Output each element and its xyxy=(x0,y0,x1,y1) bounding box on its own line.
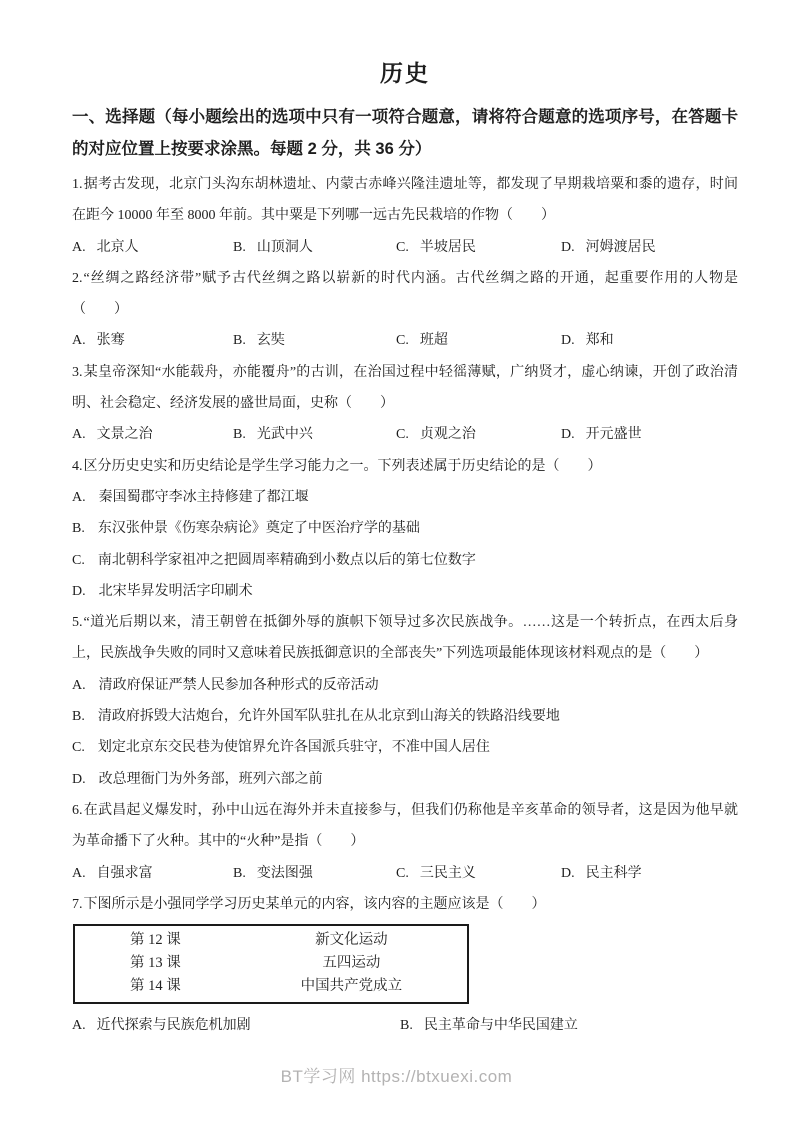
course-cell: 第 12 课 xyxy=(75,929,236,952)
question-1: 1.据考古发现，北京门头沟东胡林遗址、内蒙古赤峰兴隆洼遗址等，都发现了早期栽培粟… xyxy=(72,169,738,263)
question-stem: 5.“道光后期以来，清王朝曾在抵御外辱的旗帜下领导过多次民族战争。……这是一个转… xyxy=(72,607,738,670)
option-text: 变法图强 xyxy=(257,866,313,881)
option-label: B. xyxy=(400,1018,413,1033)
topic-cell: 新文化运动 xyxy=(236,929,467,952)
option-d: D.北宋毕昇发明活字印刷术 xyxy=(72,576,738,607)
course-cell: 第 14 课 xyxy=(75,975,236,998)
option-text: 东汉张仲景《伤寒杂病论》奠定了中医治疗学的基础 xyxy=(98,521,420,536)
option-label: B. xyxy=(72,709,85,724)
option-text: 南北朝科学家祖冲之把圆周率精确到小数点以后的第七位数字 xyxy=(98,553,476,568)
option-a: A.自强求富 xyxy=(72,858,233,889)
option-text: 贞观之治 xyxy=(420,427,476,442)
question-stem-text: 某皇帝深知“水能载舟，亦能覆舟”的古训，在治国过程中轻徭薄赋，广纳贤才，虚心纳谏… xyxy=(72,365,738,411)
option-b: B.光武中兴 xyxy=(233,419,396,450)
question-stem: 6.在武昌起义爆发时，孙中山远在海外并未直接参与，但我们仍称他是辛亥革命的领导者… xyxy=(72,795,738,858)
option-text: 民主革命与中华民国建立 xyxy=(424,1018,578,1033)
option-label: D. xyxy=(72,584,86,599)
option-label: A. xyxy=(72,490,86,505)
option-b: B.民主革命与中华民国建立 xyxy=(400,1010,738,1041)
table-row: 第 13 课 五四运动 xyxy=(75,952,467,975)
footer-watermark: BT学习网 https://btxuexi.com xyxy=(0,1062,793,1087)
question-number: 1. xyxy=(72,177,83,192)
option-b: B.东汉张仲景《伤寒杂病论》奠定了中医治疗学的基础 xyxy=(72,513,738,544)
question-number: 2. xyxy=(72,271,83,286)
option-text: 清政府保证严禁人民参加各种形式的反帝活动 xyxy=(99,678,379,693)
question-stem-text: 据考古发现，北京门头沟东胡林遗址、内蒙古赤峰兴隆洼遗址等，都发现了早期栽培粟和黍… xyxy=(72,177,738,223)
option-text: 北京人 xyxy=(97,240,139,255)
option-text: 自强求富 xyxy=(97,866,153,881)
option-text: 河姆渡居民 xyxy=(586,240,656,255)
option-label: D. xyxy=(561,240,575,255)
options-row: A.张骞 B.玄奘 C.班超 D.郑和 xyxy=(72,325,738,356)
question-6: 6.在武昌起义爆发时，孙中山远在海外并未直接参与，但我们仍称他是辛亥革命的领导者… xyxy=(72,795,738,889)
question-stem: 2.“丝绸之路经济带”赋予古代丝绸之路以崭新的时代内涵。古代丝绸之路的开通，起重… xyxy=(72,263,738,326)
question-number: 4. xyxy=(72,459,83,474)
question-stem: 7.下图所示是小强同学学习历史某单元的内容，该内容的主题应该是（ ） xyxy=(72,889,738,920)
option-label: B. xyxy=(72,521,85,536)
topic-cell: 中国共产党成立 xyxy=(236,975,467,998)
option-label: C. xyxy=(396,427,409,442)
option-label: C. xyxy=(72,553,85,568)
option-label: A. xyxy=(72,678,86,693)
option-a: A.文景之治 xyxy=(72,419,233,450)
option-d: D.开元盛世 xyxy=(561,419,738,450)
option-label: B. xyxy=(233,866,246,881)
question-number: 5. xyxy=(72,615,83,630)
option-text: 划定北京东交民巷为使馆界允许各国派兵驻守，不准中国人居住 xyxy=(98,740,490,755)
option-c: C.三民主义 xyxy=(396,858,561,889)
option-text: 北宋毕昇发明活字印刷术 xyxy=(99,584,253,599)
option-text: 玄奘 xyxy=(257,333,285,348)
option-label: B. xyxy=(233,240,246,255)
option-label: B. xyxy=(233,333,246,348)
option-label: B. xyxy=(233,427,246,442)
question-7: 7.下图所示是小强同学学习历史某单元的内容，该内容的主题应该是（ ） 第 12 … xyxy=(72,889,738,1042)
option-text: 近代探索与民族危机加剧 xyxy=(97,1018,251,1033)
option-label: A. xyxy=(72,1018,86,1033)
question-5: 5.“道光后期以来，清王朝曾在抵御外辱的旗帜下领导过多次民族战争。……这是一个转… xyxy=(72,607,738,795)
option-text: 文景之治 xyxy=(97,427,153,442)
option-label: A. xyxy=(72,240,86,255)
option-text: 郑和 xyxy=(586,333,614,348)
question-number: 7. xyxy=(72,897,83,912)
option-d: D.河姆渡居民 xyxy=(561,232,738,263)
option-c: C.半坡居民 xyxy=(396,232,561,263)
option-label: D. xyxy=(561,427,575,442)
option-d: D.郑和 xyxy=(561,325,738,356)
option-text: 清政府拆毁大沽炮台，允许外国军队驻扎在从北京到山海关的铁路沿线要地 xyxy=(98,709,560,724)
option-a: A.近代探索与民族危机加剧 xyxy=(72,1010,400,1041)
options-row: A.文景之治 B.光武中兴 C.贞观之治 D.开元盛世 xyxy=(72,419,738,450)
options-row: A.近代探索与民族危机加剧 B.民主革命与中华民国建立 xyxy=(72,1010,738,1041)
option-text: 山顶洞人 xyxy=(257,240,313,255)
option-c: C.划定北京东交民巷为使馆界允许各国派兵驻守，不准中国人居住 xyxy=(72,732,738,763)
option-a: A.秦国蜀郡守李冰主持修建了都江堰 xyxy=(72,482,738,513)
option-b: B.变法图强 xyxy=(233,858,396,889)
question-stem-text: 在武昌起义爆发时，孙中山远在海外并未直接参与，但我们仍称他是辛亥革命的领导者，这… xyxy=(72,803,738,849)
option-b: B.清政府拆毁大沽炮台，允许外国军队驻扎在从北京到山海关的铁路沿线要地 xyxy=(72,701,738,732)
option-text: 半坡居民 xyxy=(420,240,476,255)
option-label: C. xyxy=(72,740,85,755)
option-a: A.北京人 xyxy=(72,232,233,263)
option-label: D. xyxy=(72,772,86,787)
option-text: 三民主义 xyxy=(420,866,476,881)
topic-cell: 五四运动 xyxy=(236,952,467,975)
question-stem: 4.区分历史史实和历史结论是学生学习能力之一。下列表述属于历史结论的是（ ） xyxy=(72,451,738,482)
option-label: D. xyxy=(561,866,575,881)
option-text: 班超 xyxy=(420,333,448,348)
option-label: C. xyxy=(396,866,409,881)
option-b: B.玄奘 xyxy=(233,325,396,356)
question-stem-text: “道光后期以来，清王朝曾在抵御外辱的旗帜下领导过多次民族战争。……这是一个转折点… xyxy=(72,615,738,661)
exam-content: 历史 一、选择题（每小题绘出的选项中只有一项符合题意，请将符合题意的选项序号，在… xyxy=(72,57,738,1041)
question-4: 4.区分历史史实和历史结论是学生学习能力之一。下列表述属于历史结论的是（ ） A… xyxy=(72,451,738,607)
option-label: C. xyxy=(396,240,409,255)
option-label: A. xyxy=(72,427,86,442)
exam-page: 历史 一、选择题（每小题绘出的选项中只有一项符合题意，请将符合题意的选项序号，在… xyxy=(0,0,793,1122)
question-stem-text: “丝绸之路经济带”赋予古代丝绸之路以崭新的时代内涵。古代丝绸之路的开通，起重要作… xyxy=(72,271,738,317)
options-row: A.北京人 B.山顶洞人 C.半坡居民 D.河姆渡居民 xyxy=(72,232,738,263)
question-stem: 1.据考古发现，北京门头沟东胡林遗址、内蒙古赤峰兴隆洼遗址等，都发现了早期栽培粟… xyxy=(72,169,738,232)
option-a: A.张骞 xyxy=(72,325,233,356)
option-text: 光武中兴 xyxy=(257,427,313,442)
page-title: 历史 xyxy=(72,57,738,90)
option-text: 张骞 xyxy=(97,333,125,348)
table-row: 第 12 课 新文化运动 xyxy=(75,929,467,952)
option-c: C.贞观之治 xyxy=(396,419,561,450)
option-text: 改总理衙门为外务部，班列六部之前 xyxy=(99,772,323,787)
section-header: 一、选择题（每小题绘出的选项中只有一项符合题意，请将符合题意的选项序号，在答题卡… xyxy=(72,102,738,165)
option-d: D.民主科学 xyxy=(561,858,738,889)
option-label: A. xyxy=(72,333,86,348)
question-2: 2.“丝绸之路经济带”赋予古代丝绸之路以崭新的时代内涵。古代丝绸之路的开通，起重… xyxy=(72,263,738,357)
question-3: 3.某皇帝深知“水能载舟，亦能覆舟”的古训，在治国过程中轻徭薄赋，广纳贤才，虚心… xyxy=(72,357,738,451)
option-c: C.班超 xyxy=(396,325,561,356)
table-row: 第 14 课 中国共产党成立 xyxy=(75,975,467,998)
option-label: C. xyxy=(396,333,409,348)
question-stem: 3.某皇帝深知“水能载舟，亦能覆舟”的古训，在治国过程中轻徭薄赋，广纳贤才，虚心… xyxy=(72,357,738,420)
options-row: A.自强求富 B.变法图强 C.三民主义 D.民主科学 xyxy=(72,858,738,889)
question-number: 6. xyxy=(72,803,83,818)
course-cell: 第 13 课 xyxy=(75,952,236,975)
option-text: 秦国蜀郡守李冰主持修建了都江堰 xyxy=(99,490,309,505)
option-b: B.山顶洞人 xyxy=(233,232,396,263)
option-d: D.改总理衙门为外务部，班列六部之前 xyxy=(72,764,738,795)
course-table: 第 12 课 新文化运动 第 13 课 五四运动 第 14 课 中国共产党成立 xyxy=(73,924,469,1004)
question-stem-text: 下图所示是小强同学学习历史某单元的内容，该内容的主题应该是（ ） xyxy=(84,897,546,912)
question-number: 3. xyxy=(72,365,83,380)
option-c: C.南北朝科学家祖冲之把圆周率精确到小数点以后的第七位数字 xyxy=(72,545,738,576)
option-text: 民主科学 xyxy=(586,866,642,881)
option-label: A. xyxy=(72,866,86,881)
option-text: 开元盛世 xyxy=(586,427,642,442)
option-label: D. xyxy=(561,333,575,348)
question-stem-text: 区分历史史实和历史结论是学生学习能力之一。下列表述属于历史结论的是（ ） xyxy=(84,459,602,474)
option-a: A.清政府保证严禁人民参加各种形式的反帝活动 xyxy=(72,670,738,701)
